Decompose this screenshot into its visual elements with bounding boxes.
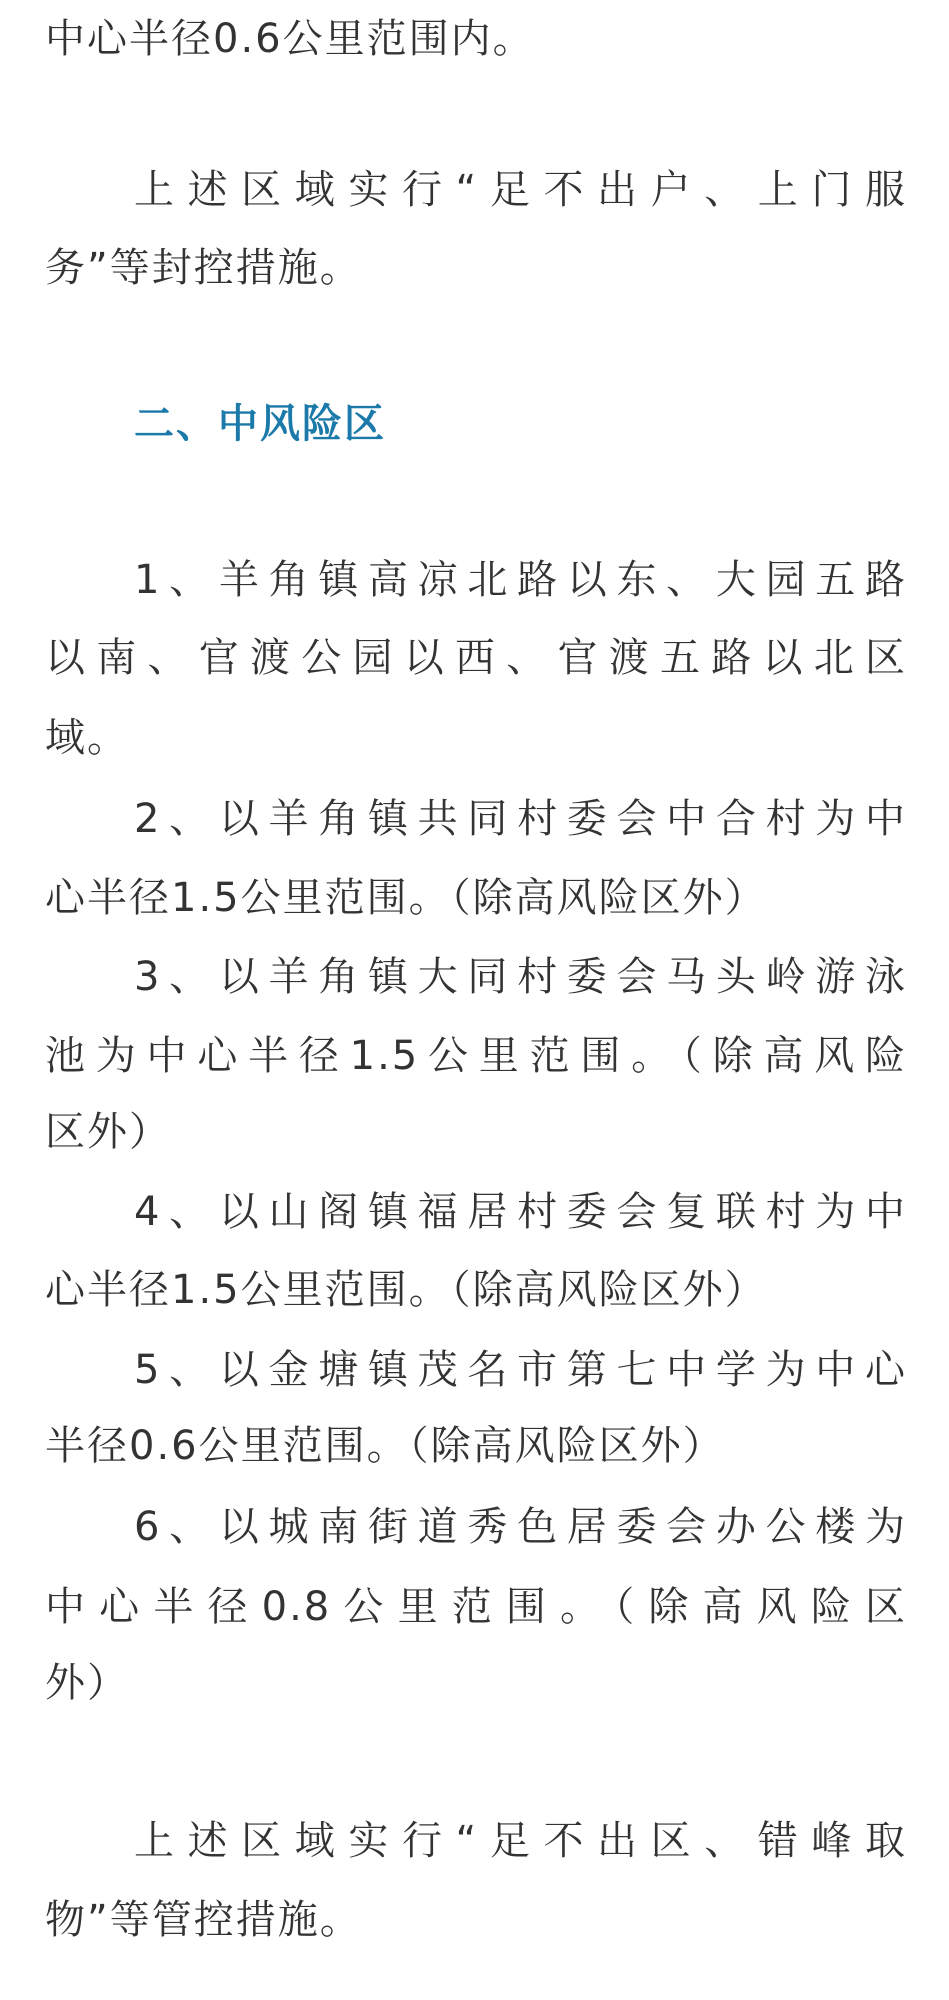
text-line: 物”等管控措施。 xyxy=(45,1881,907,1960)
text-line: 心半径1.5公里范围。（除高风险区外） xyxy=(45,859,907,938)
text-line: 上述区域实行“足不出区、错峰取 xyxy=(134,1802,907,1881)
text-line: 上述区域实行“足不出户、上门服 xyxy=(134,151,907,230)
text-line: 中心半径0.6公里范围内。 xyxy=(45,0,907,79)
text-line: 以南、官渡公园以西、官渡五路以北区 xyxy=(45,619,907,698)
text-line: 4、以山阁镇福居村委会复联村为中 xyxy=(134,1173,907,1252)
text-line: 半径0.6公里范围。（除高风险区外） xyxy=(45,1407,907,1486)
text-line: 1、羊角镇高凉北路以东、大园五路 xyxy=(134,541,907,620)
section-heading: 二、中风险区 xyxy=(134,385,907,464)
text-line: 区外） xyxy=(45,1093,907,1172)
text-line: 外） xyxy=(45,1644,907,1723)
text-line: 6、以城南街道秀色居委会办公楼为 xyxy=(134,1488,907,1567)
text-line: 3、以羊角镇大同村委会马头岭游泳 xyxy=(134,938,907,1017)
text-line: 池为中心半径1.5公里范围。（除高风险 xyxy=(45,1017,907,1096)
text-line: 5、以金塘镇茂名市第七中学为中心 xyxy=(134,1331,907,1410)
text-line: 域。 xyxy=(45,699,907,778)
text-line: 中心半径0.8公里范围。（除高风险区 xyxy=(45,1568,907,1647)
text-line: 心半径1.5公里范围。（除高风险区外） xyxy=(45,1251,907,1330)
text-line: 务”等封控措施。 xyxy=(45,229,907,308)
text-line: 2、以羊角镇共同村委会中合村为中 xyxy=(134,780,907,859)
